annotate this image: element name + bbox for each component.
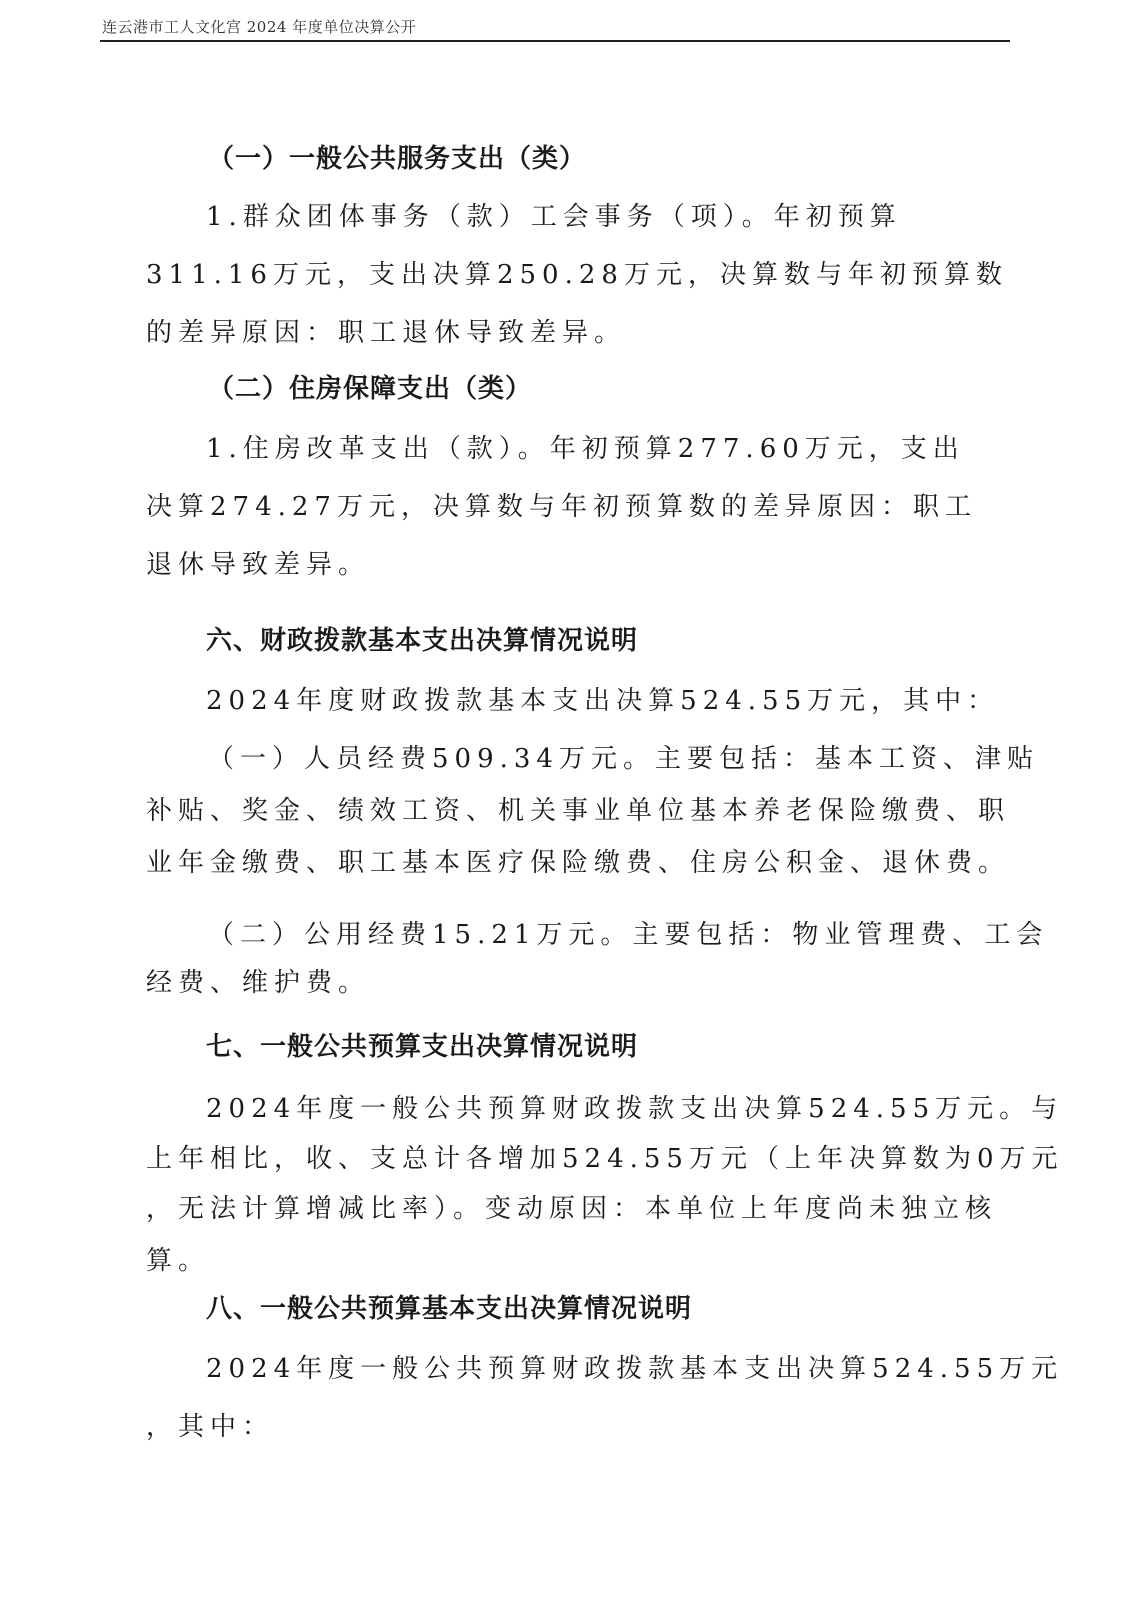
header-title: 连云港市工人文化宫 2024 年度单位决算公开 [102, 16, 416, 37]
paragraph-line: 业年金缴费、职工基本医疗保险缴费、住房公积金、退休费。 [146, 846, 1010, 880]
section-heading: （一）一般公共服务支出（类） [208, 142, 586, 176]
paragraph-line: 311.16万元，支出决算250.28万元，决算数与年初预算数 [146, 258, 1008, 292]
section-heading: 七、一般公共预算支出决算情况说明 [206, 1030, 638, 1064]
paragraph-line: 2024年度一般公共预算财政拨款支出决算524.55万元。与 [206, 1092, 1063, 1126]
paragraph-line: ，其中： [146, 1410, 274, 1444]
paragraph-line: 退休导致差异。 [146, 548, 370, 582]
paragraph-line: 1.群众团体事务（款）工会事务（项）。年初预算 [206, 200, 902, 234]
paragraph-line: 补贴、奖金、绩效工资、机关事业单位基本养老保险缴费、职 [146, 794, 1010, 828]
paragraph-line: 经费、维护费。 [146, 966, 370, 1000]
paragraph-line: 算。 [146, 1244, 210, 1278]
paragraph-line: 2024年度财政拨款基本支出决算524.55万元，其中： [206, 684, 999, 718]
paragraph-line: 2024年度一般公共预算财政拨款基本支出决算524.55万元 [206, 1352, 1063, 1386]
paragraph-line: 1.住房改革支出（款）。年初预算277.60万元，支出 [206, 432, 965, 466]
page-header: 连云港市工人文化宫 2024 年度单位决算公开 [100, 12, 1010, 42]
paragraph-line: ，无法计算增减比率）。变动原因：本单位上年度尚未独立核 [146, 1192, 997, 1226]
paragraph-line: 的差异原因：职工退休导致差异。 [146, 316, 626, 350]
paragraph-line: 上年相比，收、支总计各增加524.55万元（上年决算数为0万元 [146, 1142, 1064, 1176]
paragraph-line: （一）人员经费509.34万元。主要包括：基本工资、津贴 [208, 742, 1039, 776]
section-heading: 八、一般公共预算基本支出决算情况说明 [206, 1292, 692, 1326]
section-heading: （二）住房保障支出（类） [208, 372, 532, 406]
paragraph-line: 决算274.27万元，决算数与年初预算数的差异原因：职工 [146, 490, 977, 524]
section-heading: 六、财政拨款基本支出决算情况说明 [206, 624, 638, 658]
paragraph-line: （二）公用经费15.21万元。主要包括：物业管理费、工会 [208, 918, 1048, 952]
